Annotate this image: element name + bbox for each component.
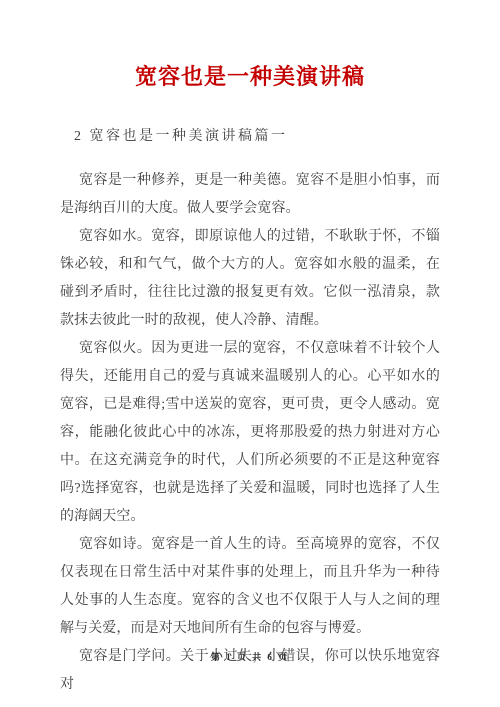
paragraph: 宽容似火。因为更进一层的宽容，不仅意味着不计较个人得失，还能用自己的爱与真诚来温… xyxy=(60,335,440,531)
page-number-indicator: 第 1 页 共 6 页 xyxy=(0,650,500,663)
document-body: 宽容是一种修养，更是一种美德。宽容不是胆小怕事，而是海纳百川的大度。做人要学会宽… xyxy=(0,167,500,699)
document-title: 宽容也是一种美演讲稿 xyxy=(0,0,500,92)
paragraph: 宽容如水。宽容，即原谅他人的过错，不耿耿于怀，不锱铢必较，和和气气，做个大方的人… xyxy=(60,223,440,335)
document-subtitle: 2 宽容也是一种美演讲稿篇一 xyxy=(0,128,500,146)
paragraph: 宽容是一种修养，更是一种美德。宽容不是胆小怕事，而是海纳百川的大度。做人要学会宽… xyxy=(60,167,440,223)
document-page: 宽容也是一种美演讲稿 2 宽容也是一种美演讲稿篇一 宽容是一种修养，更是一种美德… xyxy=(0,0,500,707)
paragraph: 宽容如诗。宽容是一首人生的诗。至高境界的宽容，不仅仅表现在日常生活中对某件事的处… xyxy=(60,531,440,643)
